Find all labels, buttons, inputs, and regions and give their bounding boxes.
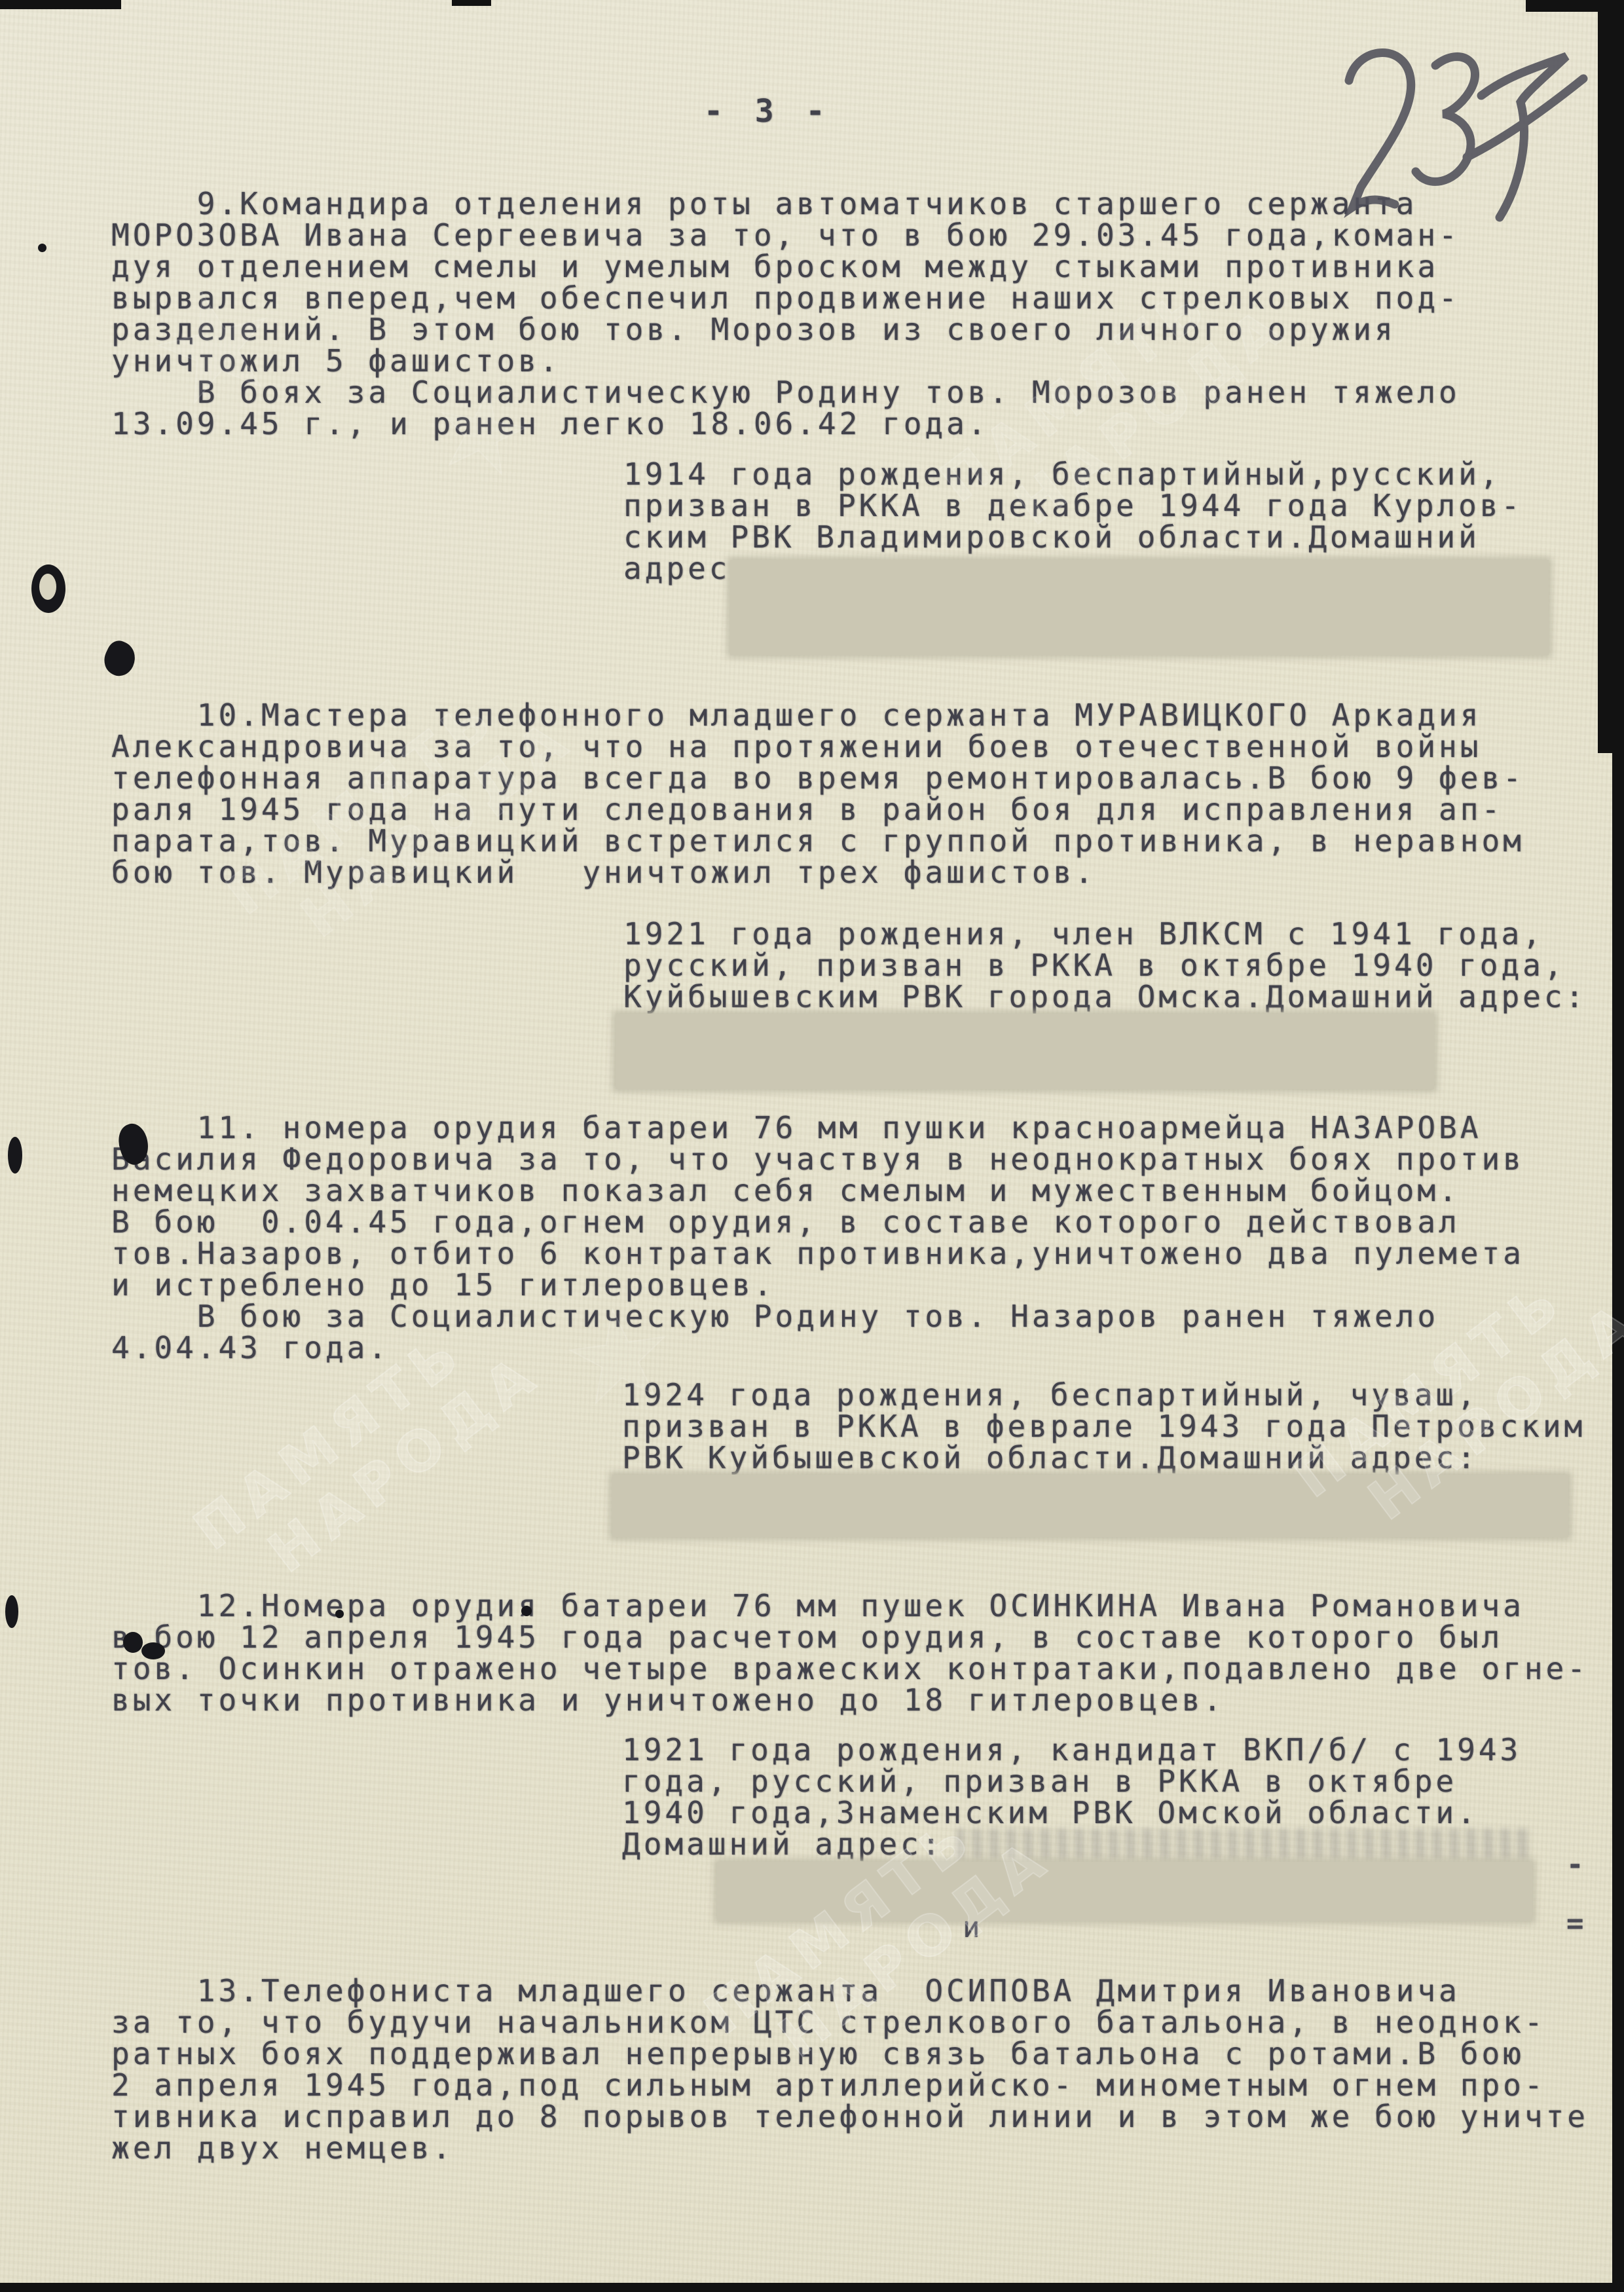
page-number: - 3 - [704, 96, 832, 127]
text-line: В боях за Социалистическую Родину тов. М… [111, 377, 1460, 408]
text-line: телефонная аппаратура всегда во время ре… [111, 762, 1524, 794]
text-line: и истреблено до 15 гитлеровцев. [111, 1269, 1524, 1301]
text-line: в бою 12 апреля 1945 года расчетом оруди… [111, 1621, 1589, 1653]
text-line: 1940 года,Знаменским РВК Омской области. [622, 1797, 1521, 1828]
text-line: 1921 года рождения, кандидат ВКП/б/ с 19… [622, 1734, 1521, 1765]
handwritten-page-number-237 [1270, 18, 1598, 234]
margin-dash-mark: - [1566, 1848, 1587, 1881]
text-line: тов.Назаров, отбито 6 контратак противни… [111, 1238, 1524, 1269]
text-line: вых точки противника и уничтожено до 18 … [111, 1684, 1589, 1716]
text-line: МОРОЗОВА Ивана Сергеевича за то, что в б… [111, 219, 1460, 251]
handwriting-strokes [1270, 18, 1598, 234]
text-line: Куйбышевским РВК города Омска.Домашний а… [623, 981, 1587, 1012]
edge-blot [8, 1137, 22, 1174]
text-line: В бою за Социалистическую Родину тов. На… [111, 1301, 1524, 1332]
text-line: тов. Осинкин отражено четыре вражеских к… [111, 1653, 1589, 1684]
redaction-block [730, 560, 1549, 655]
edge-blot [5, 1595, 18, 1628]
scan-edge-artifact [452, 0, 491, 6]
text-line: года, русский, призван в РККА в октябре [622, 1765, 1521, 1797]
redaction-block [616, 1014, 1434, 1089]
text-line: 4.04.43 года. [111, 1332, 1524, 1363]
ink-blot [123, 1632, 143, 1653]
ink-speck [38, 244, 46, 252]
text-line: Александровича за то, что на протяжении … [111, 731, 1524, 762]
text-line: 13.09.45 г., и ранен легко 18.06.42 года… [111, 408, 1460, 439]
section-12-text: 12.Номера орудия батареи 76 мм пушек ОСИ… [111, 1590, 1589, 1716]
text-line: 9.Командира отделения роты автоматчиков … [111, 188, 1460, 219]
scan-edge-artifact [0, 2283, 1624, 2292]
section-11-text: 11. номера орудия батареи 76 мм пушки кр… [111, 1112, 1524, 1363]
text-line: 12.Номера орудия батареи 76 мм пушек ОСИ… [111, 1590, 1589, 1621]
scan-edge-artifact [1612, 753, 1624, 2292]
text-line: русский, призван в РККА в октябре 1940 г… [623, 950, 1587, 981]
text-line: жел двух немцев. [111, 2132, 1589, 2164]
ink-speck [335, 1610, 344, 1618]
text-line: немецких захватчиков показал себя смелым… [111, 1175, 1524, 1206]
text-line: Василия Федоровича за то, что участвуя в… [111, 1143, 1524, 1175]
margin-equals-mark: = [1566, 1907, 1587, 1940]
section-10-bio-text: 1921 года рождения, член ВЛКСМ с 1941 го… [623, 918, 1587, 1012]
text-line: дуя отделением смелы и умелым броском ме… [111, 251, 1460, 282]
ink-blot [141, 1642, 165, 1659]
text-line: ским РВК Владимировской области.Домашний [623, 521, 1522, 553]
text-line: ратных боях поддерживал непрерывную связ… [111, 2038, 1589, 2069]
watermark-star-icon: ★ [553, 1276, 684, 1435]
text-line: 11. номера орудия батареи 76 мм пушки кр… [111, 1112, 1524, 1143]
scan-edge-artifact [1598, 0, 1624, 753]
scan-edge-artifact [0, 0, 121, 9]
text-line: В бою 0.04.45 года,огнем орудия, в соста… [111, 1206, 1524, 1238]
torn-hole-center [39, 574, 56, 600]
ink-speck [521, 1606, 532, 1616]
text-line: 2 апреля 1945 года,под сильным артиллери… [111, 2069, 1589, 2101]
text-line: 10.Мастера телефонного младшего сержанта… [111, 699, 1524, 731]
text-line: 1921 года рождения, член ВЛКСМ с 1941 го… [623, 918, 1587, 950]
scanned-award-document-page: { "document": { "page_number": "- 3 -", … [0, 0, 1624, 2292]
text-line: тивника исправил до 8 порывов телефонной… [111, 2101, 1589, 2132]
